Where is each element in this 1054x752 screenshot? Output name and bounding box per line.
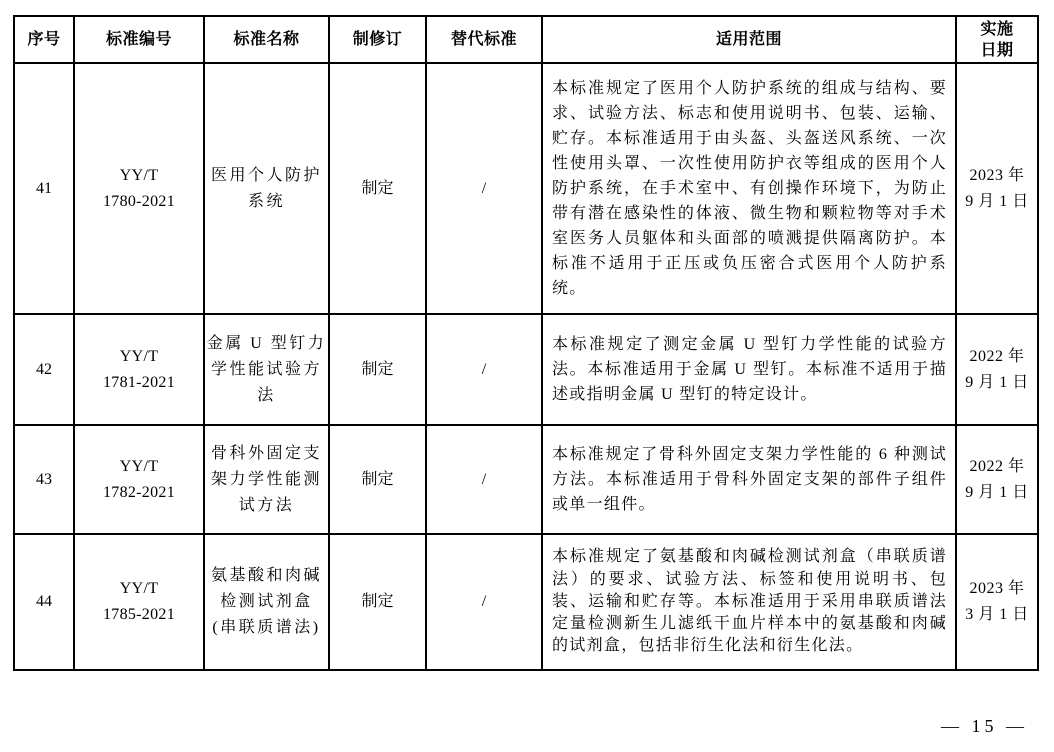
- cell-revision: 制定: [329, 534, 426, 670]
- cell-revision: 制定: [329, 425, 426, 534]
- cell-replaced-standard: /: [426, 425, 542, 534]
- col-header-revision: 制修订: [329, 16, 426, 63]
- cell-revision: 制定: [329, 314, 426, 425]
- table-row: 43 YY/T 1782-2021 骨科外固定支 架力学性能测 试方法 制定 /…: [14, 425, 1038, 534]
- page-number: — 15 —: [941, 716, 1028, 737]
- cell-replaced-standard: /: [426, 314, 542, 425]
- col-header-seq: 序号: [14, 16, 74, 63]
- cell-standard-name: 医用个人防护 系统: [204, 63, 329, 314]
- cell-scope: 本标准规定了医用个人防护系统的组成与结构、要求、试验方法、标志和使用说明书、包装…: [542, 63, 956, 314]
- cell-standard-code: YY/T 1785-2021: [74, 534, 204, 670]
- cell-replaced-standard: /: [426, 63, 542, 314]
- cell-standard-code: YY/T 1780-2021: [74, 63, 204, 314]
- header-row: 序号 标准编号 标准名称 制修订 替代标准 适用范围 实施 日期: [14, 16, 1038, 63]
- cell-standard-name: 骨科外固定支 架力学性能测 试方法: [204, 425, 329, 534]
- cell-seq: 43: [14, 425, 74, 534]
- table-row: 44 YY/T 1785-2021 氨基酸和肉碱 检测试剂盒 (串联质谱法) 制…: [14, 534, 1038, 670]
- cell-implementation-date: 2022 年 9 月 1 日: [956, 314, 1038, 425]
- col-header-scope: 适用范围: [542, 16, 956, 63]
- col-header-date: 实施 日期: [956, 16, 1038, 63]
- col-header-replaced: 替代标准: [426, 16, 542, 63]
- cell-implementation-date: 2023 年 9 月 1 日: [956, 63, 1038, 314]
- table-row: 42 YY/T 1781-2021 金属 U 型钉力 学性能试验方 法 制定 /…: [14, 314, 1038, 425]
- cell-replaced-standard: /: [426, 534, 542, 670]
- cell-seq: 42: [14, 314, 74, 425]
- cell-standard-code: YY/T 1782-2021: [74, 425, 204, 534]
- cell-revision: 制定: [329, 63, 426, 314]
- col-header-code: 标准编号: [74, 16, 204, 63]
- cell-implementation-date: 2023 年 3 月 1 日: [956, 534, 1038, 670]
- standards-table: 序号 标准编号 标准名称 制修订 替代标准 适用范围 实施 日期 41 YY/T…: [13, 15, 1039, 671]
- cell-scope: 本标准规定了测定金属 U 型钉力学性能的试验方法。本标准适用于金属 U 型钉。本…: [542, 314, 956, 425]
- col-header-name: 标准名称: [204, 16, 329, 63]
- table-row: 41 YY/T 1780-2021 医用个人防护 系统 制定 / 本标准规定了医…: [14, 63, 1038, 314]
- cell-seq: 41: [14, 63, 74, 314]
- cell-implementation-date: 2022 年 9 月 1 日: [956, 425, 1038, 534]
- cell-seq: 44: [14, 534, 74, 670]
- document-page: 序号 标准编号 标准名称 制修订 替代标准 适用范围 实施 日期 41 YY/T…: [0, 0, 1054, 752]
- cell-standard-code: YY/T 1781-2021: [74, 314, 204, 425]
- cell-scope: 本标准规定了氨基酸和肉碱检测试剂盒（串联质谱法）的要求、试验方法、标签和使用说明…: [542, 534, 956, 670]
- cell-standard-name: 金属 U 型钉力 学性能试验方 法: [204, 314, 329, 425]
- cell-standard-name: 氨基酸和肉碱 检测试剂盒 (串联质谱法): [204, 534, 329, 670]
- cell-scope: 本标准规定了骨科外固定支架力学性能的 6 种测试方法。本标准适用于骨科外固定支架…: [542, 425, 956, 534]
